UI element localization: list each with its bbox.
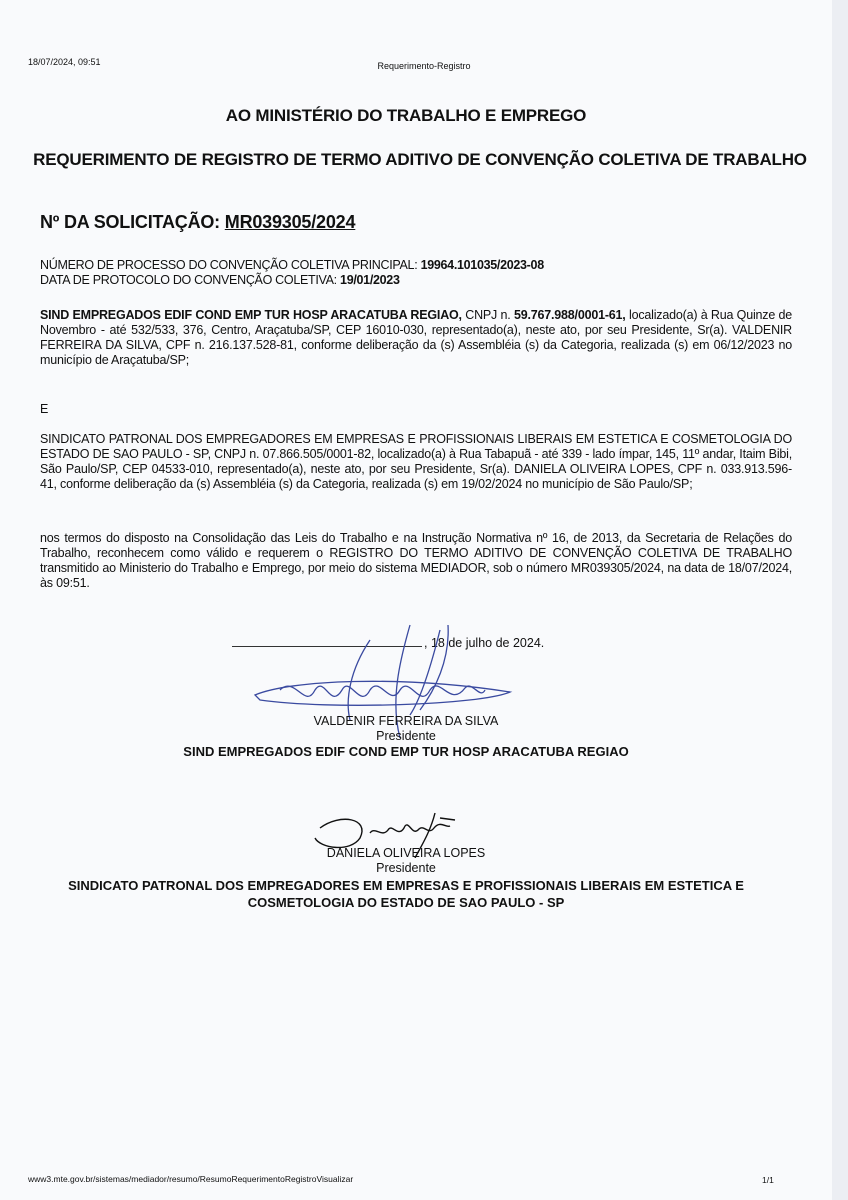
- process-info: NÚMERO DE PROCESSO DO CONVENÇÃO COLETIVA…: [40, 258, 544, 288]
- signatory1-role: Presidente: [0, 729, 812, 743]
- party1-name: SIND EMPREGADOS EDIF COND EMP TUR HOSP A…: [40, 308, 462, 322]
- protocol-date-value: 19/01/2023: [340, 273, 400, 287]
- party1-cnpj-label: CNPJ n.: [462, 308, 514, 322]
- process-number-value: 19964.101035/2023-08: [421, 258, 544, 272]
- signatory1-name: VALDENIR FERREIRA DA SILVA: [0, 714, 812, 728]
- request-label: Nº DA SOLICITAÇÃO:: [40, 212, 220, 232]
- document-title: REQUERIMENTO DE REGISTRO DE TERMO ADITIV…: [30, 148, 810, 172]
- signatory1-organization: SIND EMPREGADOS EDIF COND EMP TUR HOSP A…: [0, 744, 812, 759]
- page-edge: [832, 0, 848, 1200]
- request-number-line: Nº DA SOLICITAÇÃO: MR039305/2024: [40, 212, 355, 233]
- document-page: [0, 0, 832, 1200]
- conjunction: E: [40, 402, 48, 416]
- protocol-date-label: DATA DE PROTOCOLO DO CONVENÇÃO COLETIVA:: [40, 273, 337, 287]
- print-page-title: Requerimento-Registro: [0, 61, 848, 71]
- footer-url: www3.mte.gov.br/sistemas/mediador/resumo…: [28, 1174, 353, 1184]
- party1-cnpj: 59.767.988/0001-61,: [514, 308, 626, 322]
- signatory2-role: Presidente: [0, 861, 812, 875]
- signatory2-name: DANIELA OLIVEIRA LOPES: [0, 846, 812, 860]
- party1-paragraph: SIND EMPREGADOS EDIF COND EMP TUR HOSP A…: [40, 308, 792, 368]
- closing-paragraph: nos termos do disposto na Consolidação d…: [40, 531, 792, 591]
- footer-page-number: 1/1: [762, 1175, 774, 1185]
- process-number-label: NÚMERO DE PROCESSO DO CONVENÇÃO COLETIVA…: [40, 258, 417, 272]
- request-number: MR039305/2024: [225, 212, 356, 232]
- signatory2-organization: SINDICATO PATRONAL DOS EMPREGADORES EM E…: [0, 877, 812, 911]
- signatory2-organization-text: SINDICATO PATRONAL DOS EMPREGADORES EM E…: [66, 877, 746, 911]
- addressee-heading: AO MINISTÉRIO DO TRABALHO E EMPREGO: [0, 106, 812, 126]
- party2-paragraph: SINDICATO PATRONAL DOS EMPREGADORES EM E…: [40, 432, 792, 492]
